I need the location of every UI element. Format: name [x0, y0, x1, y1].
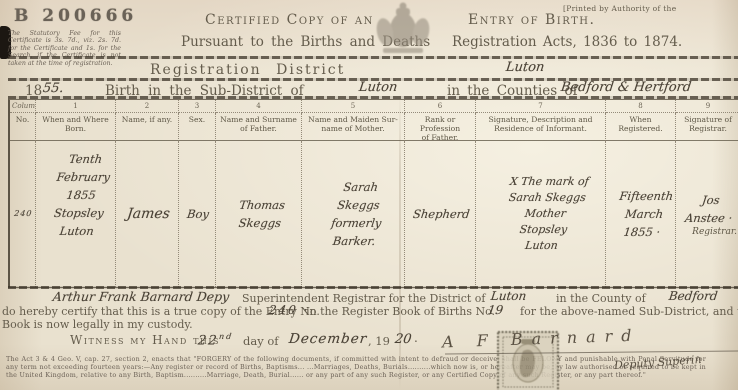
header-rank-profession: Rank or Profession of Father. [405, 113, 476, 141]
header-registration-acts: Registration Acts, 1836 to 1874. [452, 34, 682, 50]
header-no: No. [10, 113, 36, 141]
entry-rank-cell: Shepherd [405, 141, 476, 287]
forgery-act-fine-print: The Act 3 & 4 Geo. V, cap. 27, section 2… [6, 356, 706, 380]
witness-year-printed: , 19 [368, 334, 390, 348]
entry-no: 240 [13, 205, 33, 223]
entry-no-cell: 240 [10, 141, 36, 287]
header-when-registered: When Registered. [606, 113, 676, 141]
entry-name-cell: James [116, 141, 179, 287]
col-number-7: 7 [476, 100, 606, 113]
fee-note: The Statutory Fee for this Certificate i… [8, 30, 121, 67]
witness-month: December [288, 331, 368, 347]
entry-when-registered: Fifteenth March 1855 · [614, 187, 674, 241]
registration-district-label: Registration District [150, 62, 345, 78]
book-no: 19 [487, 303, 504, 317]
registrar-signature: Jos Anstee · [684, 191, 736, 227]
register-table: Columns:— 1 2 3 4 5 6 7 8 9 No. When and… [8, 99, 738, 288]
witness-year-written: 20 [394, 332, 412, 347]
entry-when-where-born: Tenth February 1855 Stopsley Luton [49, 150, 113, 240]
col-number-3: 3 [179, 100, 216, 113]
entry-sex: Boy [186, 205, 210, 223]
header-name: Name, if any. [116, 113, 179, 141]
col-number-1: 1 [36, 100, 116, 113]
ornamental-rule [8, 56, 738, 59]
serial-number: B 200666 [14, 6, 137, 26]
entry-mother: Sarah Skeggs formerly Barker. [328, 178, 387, 250]
header-mother: Name and Maiden Sur- name of Mother. [302, 113, 405, 141]
birth-certificate-scan: B 200666 The Statutory Fee for this Cert… [0, 0, 738, 390]
header-sex: Sex. [179, 113, 216, 141]
custody-text: Book is now legally in my custody. [2, 318, 193, 331]
entry-when-where-cell: Tenth February 1855 Stopsley Luton [36, 141, 116, 287]
witness-day-suffix: nd [218, 332, 233, 341]
entry-informant-cell: X The mark of Sarah Skeggs Mother Stopsl… [476, 141, 606, 287]
header-certified-copy: Certified Copy of an [205, 12, 374, 28]
entry-father-cell: Thomas Skeggs [216, 141, 302, 287]
superintendent-signature: A F Barnard [442, 326, 641, 352]
entry-informant: X The mark of Sarah Skeggs Mother Stopsl… [501, 174, 590, 254]
columns-label: Columns:— [10, 100, 36, 113]
entry-rank-profession: Shepherd [412, 205, 471, 223]
subdistrict-value: Luton [358, 80, 398, 95]
col-number-8: 8 [606, 100, 676, 113]
header-when-where-born: When and Where Born. [36, 113, 116, 141]
entry-sex-cell: Boy [179, 141, 216, 287]
counties-value: Bedford & Hertford [560, 80, 692, 95]
cert-district-value: Luton [490, 289, 527, 303]
header-entry-of-birth: Entry of Birth. [468, 12, 595, 28]
printed-authority-note: [Printed by Authority of the [563, 4, 676, 13]
year-written: 55. [42, 81, 65, 96]
entry-mother-cell: Sarah Skeggs formerly Barker. [302, 141, 405, 287]
entry-registrar-cell: Jos Anstee · Registrar. [676, 141, 738, 287]
royal-coat-of-arms-icon [365, 0, 441, 60]
col-number-2: 2 [116, 100, 179, 113]
entry-father: Thomas Skeggs [236, 196, 286, 232]
header-informant: Signature, Description and Residence of … [476, 113, 606, 141]
header-father: Name and Surname of Father. [216, 113, 302, 141]
certifier-name: Arthur Frank Barnard Depy [52, 289, 230, 304]
col-number-9: 9 [676, 100, 738, 113]
register-book-text: in the Register Book of Births No. [306, 305, 495, 318]
subdistrict-text: for the above-named Sub-District, and th… [520, 305, 738, 318]
col-number-6: 6 [405, 100, 476, 113]
county-label: in the County of [556, 292, 646, 305]
entry-name: James [126, 205, 171, 223]
witness-day-of: day of [243, 334, 279, 348]
registration-district-value: Luton [505, 60, 545, 75]
cert-entry-no: 240 · [268, 303, 310, 317]
witness-day: 22nd [197, 332, 234, 348]
col-number-4: 4 [216, 100, 302, 113]
col-number-5: 5 [302, 100, 405, 113]
witness-period: . [414, 331, 418, 345]
witness-day-number: 22 [197, 333, 219, 348]
registrar-title: Registrar. [692, 227, 738, 237]
entry-when-registered-cell: Fifteenth March 1855 · [606, 141, 676, 287]
county-value: Bedford [668, 289, 718, 303]
header-registrar: Signature of Registrar. [676, 113, 738, 141]
